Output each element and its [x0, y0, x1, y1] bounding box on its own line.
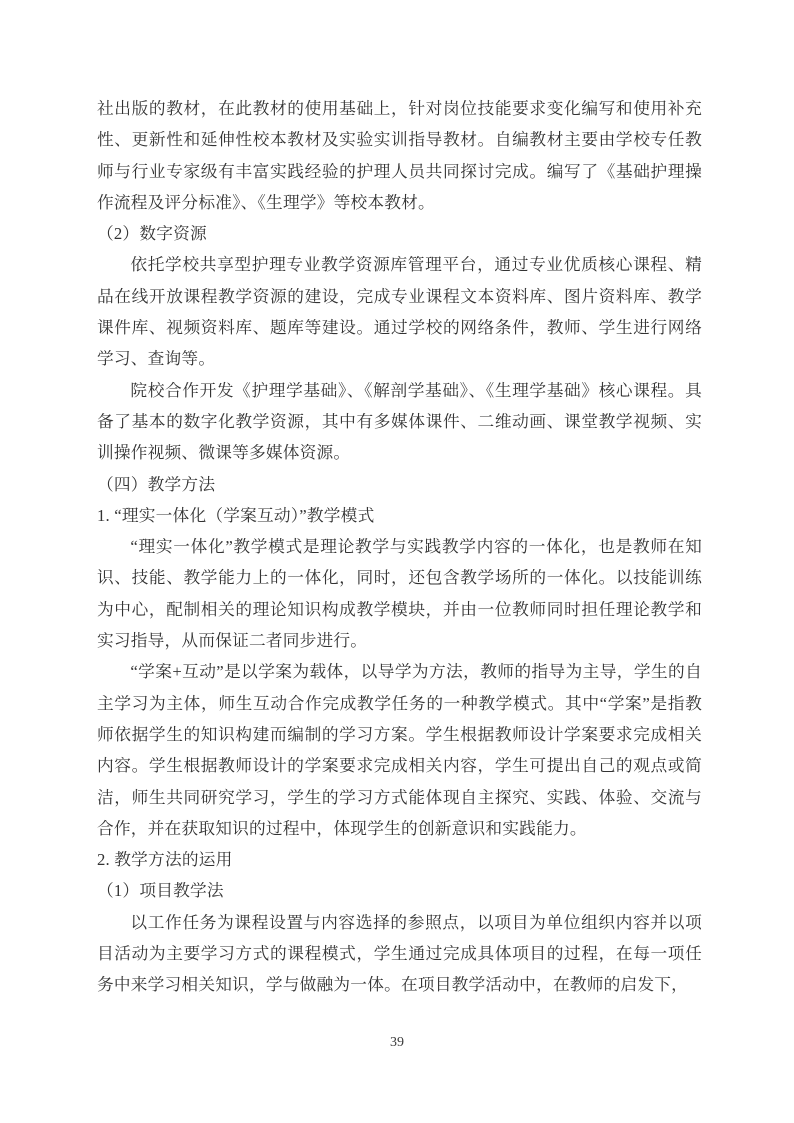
- paragraph-project-teaching: 以工作任务为课程设置与内容选择的参照点，以项目为单位组织内容并以项目活动为主要学…: [97, 907, 702, 1001]
- heading-digital-resources: （2）数字资源: [97, 218, 702, 249]
- page-number: 39: [0, 1035, 794, 1051]
- heading-project-teaching: （1）项目教学法: [97, 875, 702, 906]
- paragraph-learning-plan-interaction: “学案+互动”是以学案为载体，以导学为方法，教师的指导为主导，学生的自主学习为主…: [97, 656, 702, 844]
- paragraph-core-courses: 院校合作开发《护理学基础》、《解剖学基础》、《生理学基础》核心课程。具备了基本的…: [97, 375, 702, 469]
- heading-method-application: 2. 教学方法的运用: [97, 844, 702, 875]
- paragraph-resource-platform: 依托学校共享型护理专业教学资源库管理平台，通过专业优质核心课程、精品在线开放课程…: [97, 249, 702, 374]
- paragraph-textbook-continuation: 社出版的教材，在此教材的使用基础上，针对岗位技能要求变化编写和使用补充性、更新性…: [97, 93, 702, 218]
- heading-integrated-model: 1. “理实一体化（学案互动）”教学模式: [97, 500, 702, 531]
- document-page: 社出版的教材，在此教材的使用基础上，针对岗位技能要求变化编写和使用补充性、更新性…: [0, 0, 794, 1123]
- heading-teaching-methods: （四）教学方法: [97, 469, 702, 500]
- document-body: 社出版的教材，在此教材的使用基础上，针对岗位技能要求变化编写和使用补充性、更新性…: [97, 93, 702, 1001]
- paragraph-integrated-model: “理实一体化”教学模式是理论教学与实践教学内容的一体化，也是教师在知识、技能、教…: [97, 531, 702, 656]
